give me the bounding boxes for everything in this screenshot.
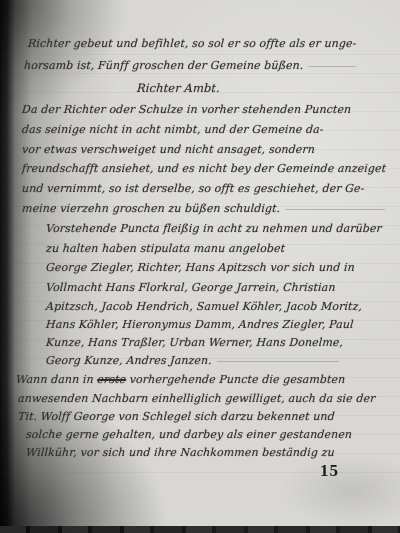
line-text: meine vierzehn groschen zu büßen schuldi… (22, 202, 281, 215)
manuscript-line: anwesenden Nachbarn einhelliglich gewill… (18, 393, 376, 405)
filler-rule (285, 209, 385, 210)
page-number: 15 (320, 461, 339, 481)
struck-word: erste (97, 373, 127, 386)
manuscript-line: vor etwas verschweiget und nicht ansaget… (22, 144, 316, 156)
manuscript-line: Hans Köhler, Hieronymus Damm, Andres Zie… (46, 319, 354, 331)
manuscript-line: solche gerne gehalten, und darbey als ei… (26, 429, 353, 441)
manuscript-line: Wann dann in erste vorhergehende Puncte … (16, 374, 346, 386)
manuscript-line: horsamb ist, Fünff groschen der Gemeine … (24, 60, 357, 72)
manuscript-line: zu halten haben stipulata manu angelobet (46, 243, 286, 255)
manuscript-line: Vorstehende Puncta fleißig in acht zu ne… (46, 223, 383, 235)
manuscript-line: Vollmacht Hans Florkral, George Jarrein,… (46, 282, 336, 294)
manuscript-line: Willkühr, vor sich und ihre Nachkommen b… (26, 447, 335, 459)
manuscript-line: Apitzsch, Jacob Hendrich, Samuel Köhler,… (46, 301, 363, 313)
manuscript-line: Georg Kunze, Andres Janzen. (46, 355, 340, 367)
manuscript-photo: Richter gebeut und befihlet, so sol er s… (0, 0, 400, 533)
line-text: horsamb ist, Fünff groschen der Gemeine … (24, 59, 304, 72)
manuscript-line: das seinige nicht in acht nimbt, und der… (22, 124, 324, 136)
page-edge-strip (0, 526, 400, 533)
manuscript-line: George Ziegler, Richter, Hans Apitzsch v… (46, 262, 356, 274)
manuscript-line: meine vierzehn groschen zu büßen schuldi… (22, 203, 386, 215)
manuscript-line: freundschafft ansiehet, und es nicht bey… (22, 163, 387, 175)
line-text: vorhergehende Puncte die gesambten (126, 373, 346, 386)
filler-rule (308, 66, 356, 67)
line-text: Georg Kunze, Andres Janzen. (46, 354, 213, 367)
line-text: Wann dann in (16, 373, 98, 386)
manuscript-line: Kunze, Hans Traßler, Urban Werner, Hans … (46, 337, 344, 349)
filler-rule (217, 361, 339, 362)
manuscript-line: Tit. Wolff George von Schlegel sich darz… (18, 411, 336, 423)
manuscript-line: und vernimmt, so ist derselbe, so offt e… (22, 183, 365, 195)
manuscript-line: Richter gebeut und befihlet, so sol er s… (28, 38, 357, 50)
manuscript-line: Da der Richter oder Schulze in vorher st… (22, 104, 352, 116)
section-heading: Richter Ambt. (137, 82, 221, 95)
